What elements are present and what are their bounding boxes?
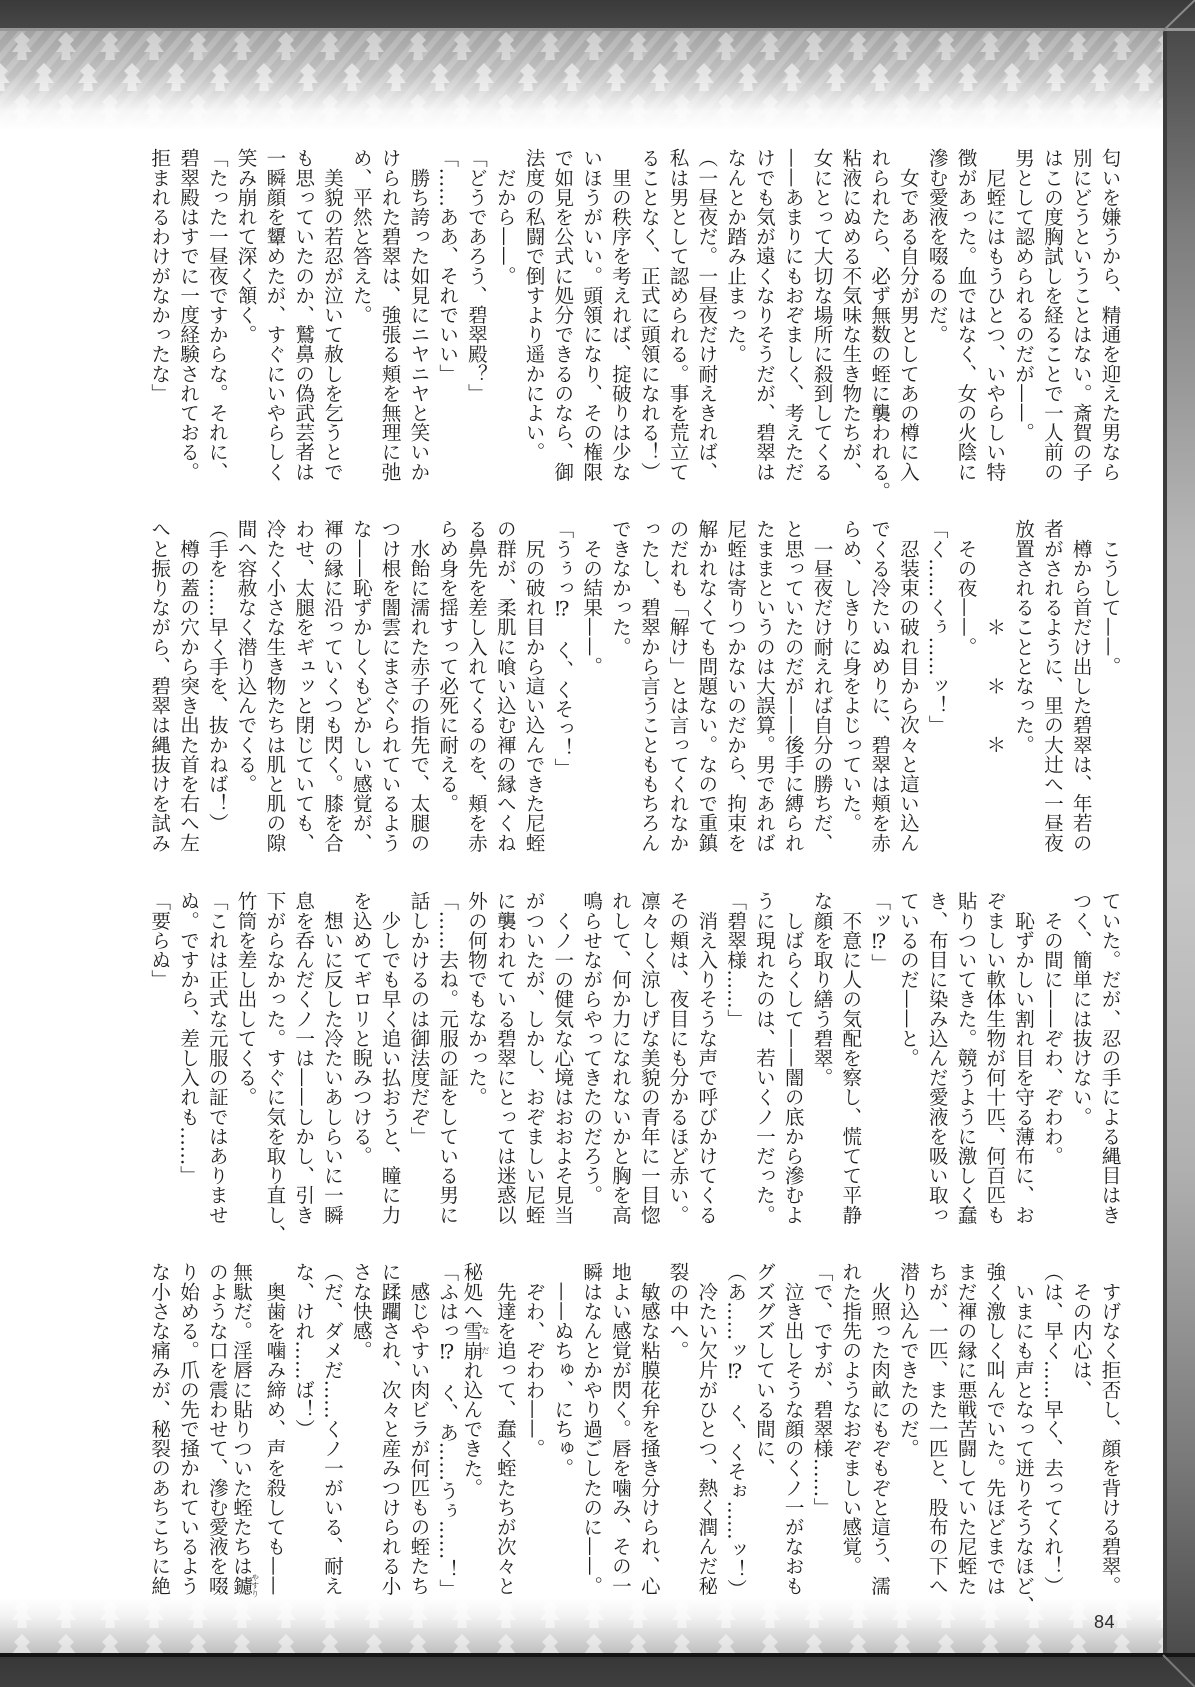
text-column: 冷たい欠片がひとつ、熱く潤んだ秘 (691, 1262, 720, 1598)
ruby-annotated-word: 雪崩なだ (460, 1321, 483, 1360)
text-column: へと振りながら、碧翠は縄抜けを試み (144, 519, 173, 855)
text-column: 解かれなくても問題ない。なので重鎮 (691, 519, 720, 855)
text-column: 拒まれるわけがなかったな」 (144, 148, 173, 484)
text-column: （は、早く……早く、去ってくれ！） (1037, 1262, 1066, 1598)
page-number: 84 (1094, 1612, 1115, 1633)
text-column: 「たった一昼夜ですからな。それに、 (202, 148, 231, 484)
text-column: 間へ容赦なく潜り込んでくる。 (230, 519, 259, 855)
text-column: らめ、しきりに身をよじっていた。 (835, 519, 864, 855)
text-column: のような口を震わせて、滲む愛液を啜 (202, 1262, 231, 1598)
text-column: （一昼夜だ。一昼夜だけ耐えきれば、 (691, 148, 720, 484)
text-column: ったし、碧翠から言うことももちろん (633, 519, 662, 855)
text-column: 無駄だ。淫唇に貼りついた蛭たちは鑢やすり (230, 1262, 259, 1598)
text-column: 褌の縁に沿っていくつも閃く。膝を合 (317, 519, 346, 855)
text-column: な——恥ずかしくもどかしい感覚が、 (345, 519, 374, 855)
text-column: な顔を取り繕う碧翠。 (806, 891, 835, 1227)
text-column: 水飴に濡れた赤子の指先で、太腿の (403, 519, 432, 855)
text-column: 「これは正式な元服の証ではありませ (202, 891, 231, 1227)
text-column: 泣き出しそうな顔のくノ一がなおも (777, 1262, 806, 1598)
text-column: いまにも声となって迸りそうなほど、 (1008, 1262, 1037, 1598)
text-column: つけ根を闇雲にまさぐられているよう (374, 519, 403, 855)
ruby-base: 鑢 (230, 1573, 253, 1597)
text-column: 火照った肉畝にもぞもぞと這う、濡 (864, 1262, 893, 1598)
ruby-annotated-word: 鑢やすり (230, 1576, 253, 1598)
text-column: 想いに反した冷たいあしらいに一瞬 (317, 891, 346, 1227)
text-column: れた指先のようなおぞましい感覚。 (835, 1262, 864, 1598)
text-column: 「どうであろう、碧翠殿？」 (461, 148, 490, 484)
text-column: 女である自分が男としてあの樽に入 (893, 148, 922, 484)
text-column: くノ一の健気な心境はおおよそ見当 (547, 891, 576, 1227)
text-column: 冷たく小さな生き物たちは肌と肌の隙 (259, 519, 288, 855)
text-segment: 秘処へ (460, 1262, 483, 1321)
text-column: 女にとって大切な場所に殺到してくる (806, 148, 835, 484)
text-column: れられたら、必ず無数の蛭に襲われる。 (864, 148, 893, 484)
text-column: と思っていたのだが——後手に縛られ (777, 519, 806, 855)
text-column: 「うぅっ⁉ く、くそっ！」 (547, 519, 576, 855)
text-column: 滲む愛液を啜るのだ。 (921, 148, 950, 484)
text-column: 消え入りそうな声で呼びかけてくる (691, 891, 720, 1227)
text-column: 美貌の若忍が泣いて赦しを乞うとで (317, 148, 346, 484)
text-column: ぞましい軟体生物が何十匹、何百匹も (979, 891, 1008, 1227)
text-column: 勝ち誇った如見にニヤニヤと笑いか (403, 148, 432, 484)
text-column: き、布目に染み込んだ愛液を吸い取っ (921, 891, 950, 1227)
text-column: その間に——ぞわ、ぞわわ。 (1037, 891, 1066, 1227)
text-column: 強く激しく叫んでいた。先ほどまでは (979, 1262, 1008, 1598)
text-column: うに現れたのは、若いくノ一だった。 (749, 891, 778, 1227)
text-column: 少しでも早く追い払おうと、瞳に力 (374, 891, 403, 1227)
text-column: 男として認められるのだが——。 (1008, 148, 1037, 484)
text-column: に蹂躙され、次々と産みつけられる小 (374, 1262, 403, 1598)
text-column: 匂いを嫌うから、精通を迎えた男なら (1094, 148, 1123, 484)
text-column: つく、簡単には抜けない。 (1065, 891, 1094, 1227)
text-column: 息を呑んだくノ一は——しかし、引き (288, 891, 317, 1227)
text-segment: 無駄だ。淫唇に貼りついた蛭たちは (230, 1262, 253, 1576)
text-column: も思っていたのか、鷲鼻の偽武芸者は (288, 148, 317, 484)
page-frame-top (0, 0, 1195, 31)
text-column: 「……去ね。元服の証をしている男に (432, 891, 461, 1227)
text-column: 「碧翠様……」 (720, 891, 749, 1227)
ruby-reading: やすり (251, 1573, 260, 1597)
text-column: 凛々しく涼しげな美貌の青年に一目惚 (633, 891, 662, 1227)
text-column: ちが、一匹、また一匹と、股布の下へ (921, 1262, 950, 1598)
page-frame-right (1163, 31, 1195, 1653)
text-column: たままというのは大誤算。男であれば (749, 519, 778, 855)
text-column: 徴があった。血ではなく、女の火陰に (950, 148, 979, 484)
footer-decoration-band (0, 1598, 1163, 1653)
text-column: 尼蛭にはもうひとつ、いやらしい特 (979, 148, 1008, 484)
text-column: 裂の中へ。 (662, 1262, 691, 1598)
text-column: 秘処へ雪崩なだれ込んできた。 (461, 1262, 490, 1598)
text-column: さな快感。 (345, 1262, 374, 1598)
text-column: め、平然と答えた。 (345, 148, 374, 484)
text-column: グズグズしている間に、 (749, 1262, 778, 1598)
text-column: 一昼夜だけ耐えれば自分の勝ちだ、 (806, 519, 835, 855)
scene-break-asterisks: ＊ ＊ ＊ (979, 519, 1008, 855)
text-column: な小さな痛みが、秘裂のあちこちに絶 (144, 1262, 173, 1598)
text-column: ているのだ——と。 (893, 891, 922, 1227)
text-column: な、けれ……ば！） (288, 1262, 317, 1598)
text-column: その結果——。 (576, 519, 605, 855)
text-column: 樽の蓋の穴から突き出た首を右へ左 (173, 519, 202, 855)
text-column: 放置されることとなった。 (1008, 519, 1037, 855)
text-tier-2: こうして——。 樽から首だけ出した碧翠は、年若の 者がされるように、里の大辻へ一… (143, 519, 1123, 859)
text-column: 尻の破れ目から這い込んできた尼蛭 (518, 519, 547, 855)
text-column: 話しかけるのは御法度だぞ」 (403, 891, 432, 1227)
text-column: がついたが、しかし、おぞましい尼蛭 (518, 891, 547, 1227)
text-column: 奥歯を噛み締め、声を殺しても—— (259, 1262, 288, 1598)
text-column: 里の秩序を考えれば、掟破りは少な (605, 148, 634, 484)
page-frame-bottom (0, 1653, 1195, 1687)
text-column: ぬ。ですから、差し入れも……」 (173, 891, 202, 1227)
text-column: 碧翠殿はすでに一度経験されておる。 (173, 148, 202, 484)
ruby-reading: なだ (481, 1321, 490, 1360)
text-column: すげなく拒否し、顔を背ける碧翠。 (1094, 1262, 1123, 1598)
text-column: 貼りついてきた。競うように激しく蠢 (950, 891, 979, 1227)
text-column: ていた。だが、忍の手による縄目はき (1094, 891, 1123, 1227)
text-column: いほうがいい。頭領になり、その権限 (576, 148, 605, 484)
text-column: ることなく、正式に頭領になれる！） (633, 148, 662, 484)
text-column: り始める。爪の先で掻かれているよう (173, 1262, 202, 1598)
text-column: けでも気が遠くなりそうだが、碧翠は (749, 148, 778, 484)
text-column: 者がされるように、里の大辻へ一昼夜 (1037, 519, 1066, 855)
text-tier-4: すげなく拒否し、顔を背ける碧翠。 その内心は、 （は、早く……早く、去ってくれ！… (143, 1262, 1123, 1602)
text-column: 私は男として認められる。事を荒立て (662, 148, 691, 484)
text-column: こうして——。 (1094, 519, 1123, 855)
text-column: その夜——。 (950, 519, 979, 855)
text-column: その頬は、夜目にも分かるほど赤い。 (662, 891, 691, 1227)
text-column: 「く……くぅ……ッ！」 (921, 519, 950, 855)
text-segment: れ込んできた。 (460, 1360, 483, 1497)
text-tier-3: ていた。だが、忍の手による縄目はき つく、簡単には抜けない。 その間に——ぞわ、… (143, 891, 1123, 1231)
text-column: （だ、ダメだ……くノ一がいる、耐え (317, 1262, 346, 1598)
text-column: 「要らぬ」 (144, 891, 173, 1227)
text-column: 下がらなかった。すぐに気を取り直し、 (259, 891, 288, 1227)
text-column: （あ……ッ⁉ く、くそぉ……ッ！） (720, 1262, 749, 1598)
text-column: の群が、柔肌に喰い込む褌の縁へくね (489, 519, 518, 855)
text-column: 「ふはっ⁉ く、あ……うぅ……！」 (432, 1262, 461, 1598)
text-column: 尼蛭は寄りつかないのだから、拘束を (720, 519, 749, 855)
text-column: 一瞬顔を顰めたが、すぐにいやらしく (259, 148, 288, 484)
text-column: 先達を追って、蠢く蛭たちが次々と (489, 1262, 518, 1598)
text-column: できなかった。 (605, 519, 634, 855)
text-column: 不意に人の気配を察し、慌てて平静 (835, 891, 864, 1227)
text-column: 笑み崩れて深く頷く。 (230, 148, 259, 484)
text-column: を込めてギロリと睨みつける。 (345, 891, 374, 1227)
text-column: 「で、ですが、碧翠様……」 (806, 1262, 835, 1598)
text-column: 恥ずかしい割れ目を守る薄布に、お (1008, 891, 1037, 1227)
text-column: （手を……早く手を、抜かねば！） (202, 519, 231, 855)
text-column: はこの度胸試しを経ることで一人前の (1037, 148, 1066, 484)
text-column: ——あまりにもおぞましく、考えただ (777, 148, 806, 484)
text-column: らめ身を揺すって必死に耐える。 (432, 519, 461, 855)
ruby-base: 雪崩 (460, 1321, 483, 1360)
text-column: 法度の私闘で倒すより遥かによい。 (518, 148, 547, 484)
text-column: 竹筒を差し出してくる。 (230, 891, 259, 1227)
text-column: しばらくして——闇の底から滲むよ (777, 891, 806, 1227)
text-column: に襲われている碧翠にとっては迷惑以 (489, 891, 518, 1227)
text-tier-1: 匂いを嫌うから、精通を迎えた男なら 別にどうということはない。斎賀の子 はこの度… (143, 148, 1123, 488)
text-column: 瞬はなんとかやり過ごしたのに——。 (576, 1262, 605, 1598)
text-column: ぞわ、ぞわわ——。 (518, 1262, 547, 1598)
text-column: で如見を公式に処分できるのなら、御 (547, 148, 576, 484)
text-column: でくる冷たいぬめりに、碧翠は頬を赤 (864, 519, 893, 855)
text-column: 粘液にぬめる不気味な生き物たちが、 (835, 148, 864, 484)
text-column: 敏感な粘膜花弁を掻き分けられ、心 (633, 1262, 662, 1598)
text-column: のだれも「解け」とは言ってくれなか (662, 519, 691, 855)
text-column: 別にどうということはない。斎賀の子 (1065, 148, 1094, 484)
text-column: 外の何物でもなかった。 (461, 891, 490, 1227)
text-column: わせ、太腿をギュッと閉じていても、 (288, 519, 317, 855)
text-column: る鼻先を差し入れてくるのを、頬を赤 (461, 519, 490, 855)
text-column: 地よい感覚が閃く。唇を噛み、その一 (605, 1262, 634, 1598)
text-column: まだ褌の縁に悪戦苦闘していた尼蛭た (950, 1262, 979, 1598)
text-column: れして、何か力になれないかと胸を高 (605, 891, 634, 1227)
text-column: その内心は、 (1065, 1262, 1094, 1598)
text-column: けられた碧翠は、強張る頬を無理に弛 (374, 148, 403, 484)
text-column: 樽から首だけ出した碧翠は、年若の (1065, 519, 1094, 855)
text-column: だから——。 (489, 148, 518, 484)
text-column: 「ッ⁉」 (864, 891, 893, 1227)
header-decoration-band (0, 31, 1163, 131)
text-column: 「……ああ、それでいい」 (432, 148, 461, 484)
text-column: なんとか踏み止まった。 (720, 148, 749, 484)
text-column: 鳴らせながらやってきたのだろう。 (576, 891, 605, 1227)
text-column: 潜り込んできたのだ。 (893, 1262, 922, 1598)
text-column: 感じやすい肉ビラが何匹もの蛭たち (403, 1262, 432, 1598)
text-column: 忍装束の破れ目から次々と這い込ん (893, 519, 922, 855)
text-column: ——ぬちゅ、にちゅ。 (547, 1262, 576, 1598)
